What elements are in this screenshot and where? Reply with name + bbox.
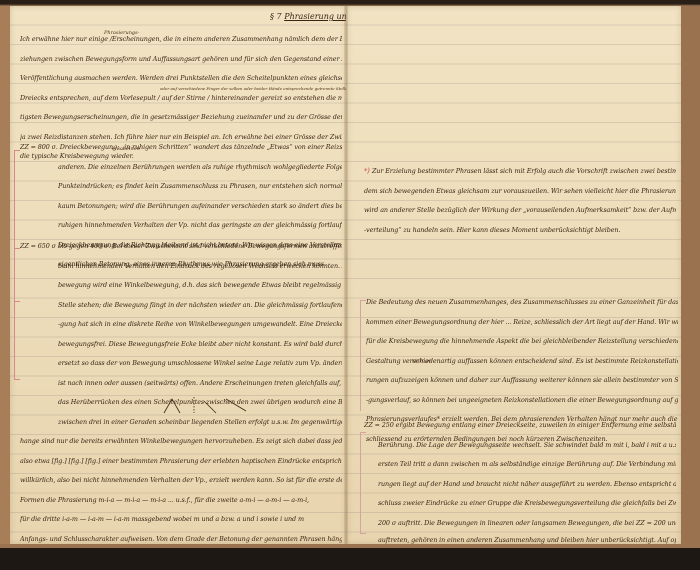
scan-bottom-edge — [0, 548, 700, 570]
text-line: -gung hat sich in eine diskrete Reihe vo… — [20, 315, 342, 335]
text-line: ersten Teil tritt a dann zwischen m als … — [364, 455, 676, 475]
text-line: Punkteindrücken; es findet kein Zusammen… — [20, 177, 342, 197]
text-line: Berührung. Die Lage der Bewegungsseite w… — [364, 436, 676, 456]
text-line: bewegung wird eine Winkelbewegung, d.h. … — [20, 276, 342, 296]
book-gutter — [344, 6, 348, 544]
entry-label: ZZ = 250 — [364, 421, 394, 429]
text-line: tigsten Bewegungserscheinungen, die in g… — [20, 108, 342, 128]
interlinear-insert: erscheinen — [112, 146, 140, 152]
text-line: rungen aufzuzeigen können und daher zur … — [366, 371, 678, 391]
text-line: 200 σ auftritt. Die Bewegungen in linear… — [364, 514, 676, 534]
entry-label: ZZ = 650 σ bis gegen 400 σ — [20, 242, 108, 250]
text-line: Die Bedeutung des neuen Zusammenhanges, … — [366, 293, 678, 313]
text-line: Zur Erzielung bestimmter Phrasen lässt s… — [372, 167, 676, 175]
closing-paragraph: hange sind nur die bereits erwähnten Win… — [20, 432, 342, 549]
triangle-figures — [160, 393, 250, 417]
text-line: Veröffentlichung ausmachen werden. Werde… — [20, 69, 342, 89]
text-line: bewegungsfrei. Diese Bewegungsfreie Ecke… — [20, 335, 342, 355]
text-line: Formen die Phrasierung m-i-a — m-i-a — m… — [20, 491, 342, 511]
text-line: also etwa [fig.] [fig.] [fig.] einer bes… — [20, 452, 342, 472]
entry-label: ZZ = 800 σ — [20, 143, 56, 151]
angle-figure-icon — [204, 401, 216, 413]
text-line: . Dreieckbewegung; „in ruhigen Schritten… — [56, 143, 342, 151]
section-number: § 7 — [270, 12, 282, 21]
text-line: Dreiecks entsprechen, auf dem Vorlesepul… — [20, 89, 342, 109]
text-line: ergibt Bewegung entlang einer Dreiecksei… — [396, 421, 676, 429]
text-line: Anfangs- und Schlusscharakter aufweisen.… — [20, 530, 342, 550]
text-line: willkürlich, also bei nicht hinnehmenden… — [20, 471, 342, 491]
text-line: Ich erwähne hier nur einige /Erscheinung… — [20, 30, 342, 50]
text-line: rungen liegt auf der Hand und braucht ni… — [364, 475, 676, 495]
text-line: wird an anderer Stelle bezüglich der Wir… — [364, 201, 676, 221]
text-line: schluss zweier Eindrücke zu einer Gruppe… — [364, 494, 676, 514]
text-line: ziehungen zwischen Bewegungsform und Auf… — [20, 50, 342, 70]
text-line: -gungsverlauf, so können bei ungeeignete… — [366, 391, 678, 411]
text-line: ersetzt so dass der von Bewegung umschlo… — [20, 354, 342, 374]
board-left-edge — [0, 6, 10, 544]
footnote: *) Zur Erzielung bestimmter Phrasen läss… — [364, 162, 676, 240]
text-line: für die dritte i-a-m — i-a-m — i-a-m mas… — [20, 510, 342, 530]
text-line: hange sind nur die bereits erwähnten Win… — [20, 432, 342, 452]
text-line: kommen einer Bewegungsordnung der hier .… — [366, 313, 678, 333]
interlinear-insert: springe — [412, 358, 431, 364]
footnote-marker: *) — [364, 167, 370, 175]
text-line: auftreten, gehören in einen anderen Zusa… — [364, 533, 676, 548]
triangle-figure-icon — [164, 399, 180, 413]
entry-zz-250: ZZ = 250 ergibt Bewegung entlang einer D… — [364, 416, 676, 548]
text-line: ruhigen hinnehmenden Verhalten der Vp. n… — [20, 216, 342, 236]
text-line: beim hinnehmenden Verhalten den Eindruck… — [20, 257, 342, 277]
text-line: anderen. Die einzelnen Berührungen werde… — [20, 158, 342, 178]
line-figure-icon — [226, 399, 246, 411]
text-line: -verteilung“ zu handeln sein. Hier kann … — [364, 221, 676, 241]
text-line: dem sich bewegenden Etwas gleichsam zur … — [364, 182, 676, 202]
text-line: ist nach innen oder aussen (seitwärts) o… — [20, 374, 342, 394]
text-line: für die Kreisbewegung die hinnehmende As… — [366, 332, 678, 352]
text-line: . Bei dieser Zwischenzeit sind verschied… — [108, 242, 342, 250]
text-line: kaum Betonungen; wird die Berührungen au… — [20, 197, 342, 217]
text-line: Stelle stehen; die Bewegung fängt in der… — [20, 296, 342, 316]
board-right-edge — [680, 6, 700, 544]
